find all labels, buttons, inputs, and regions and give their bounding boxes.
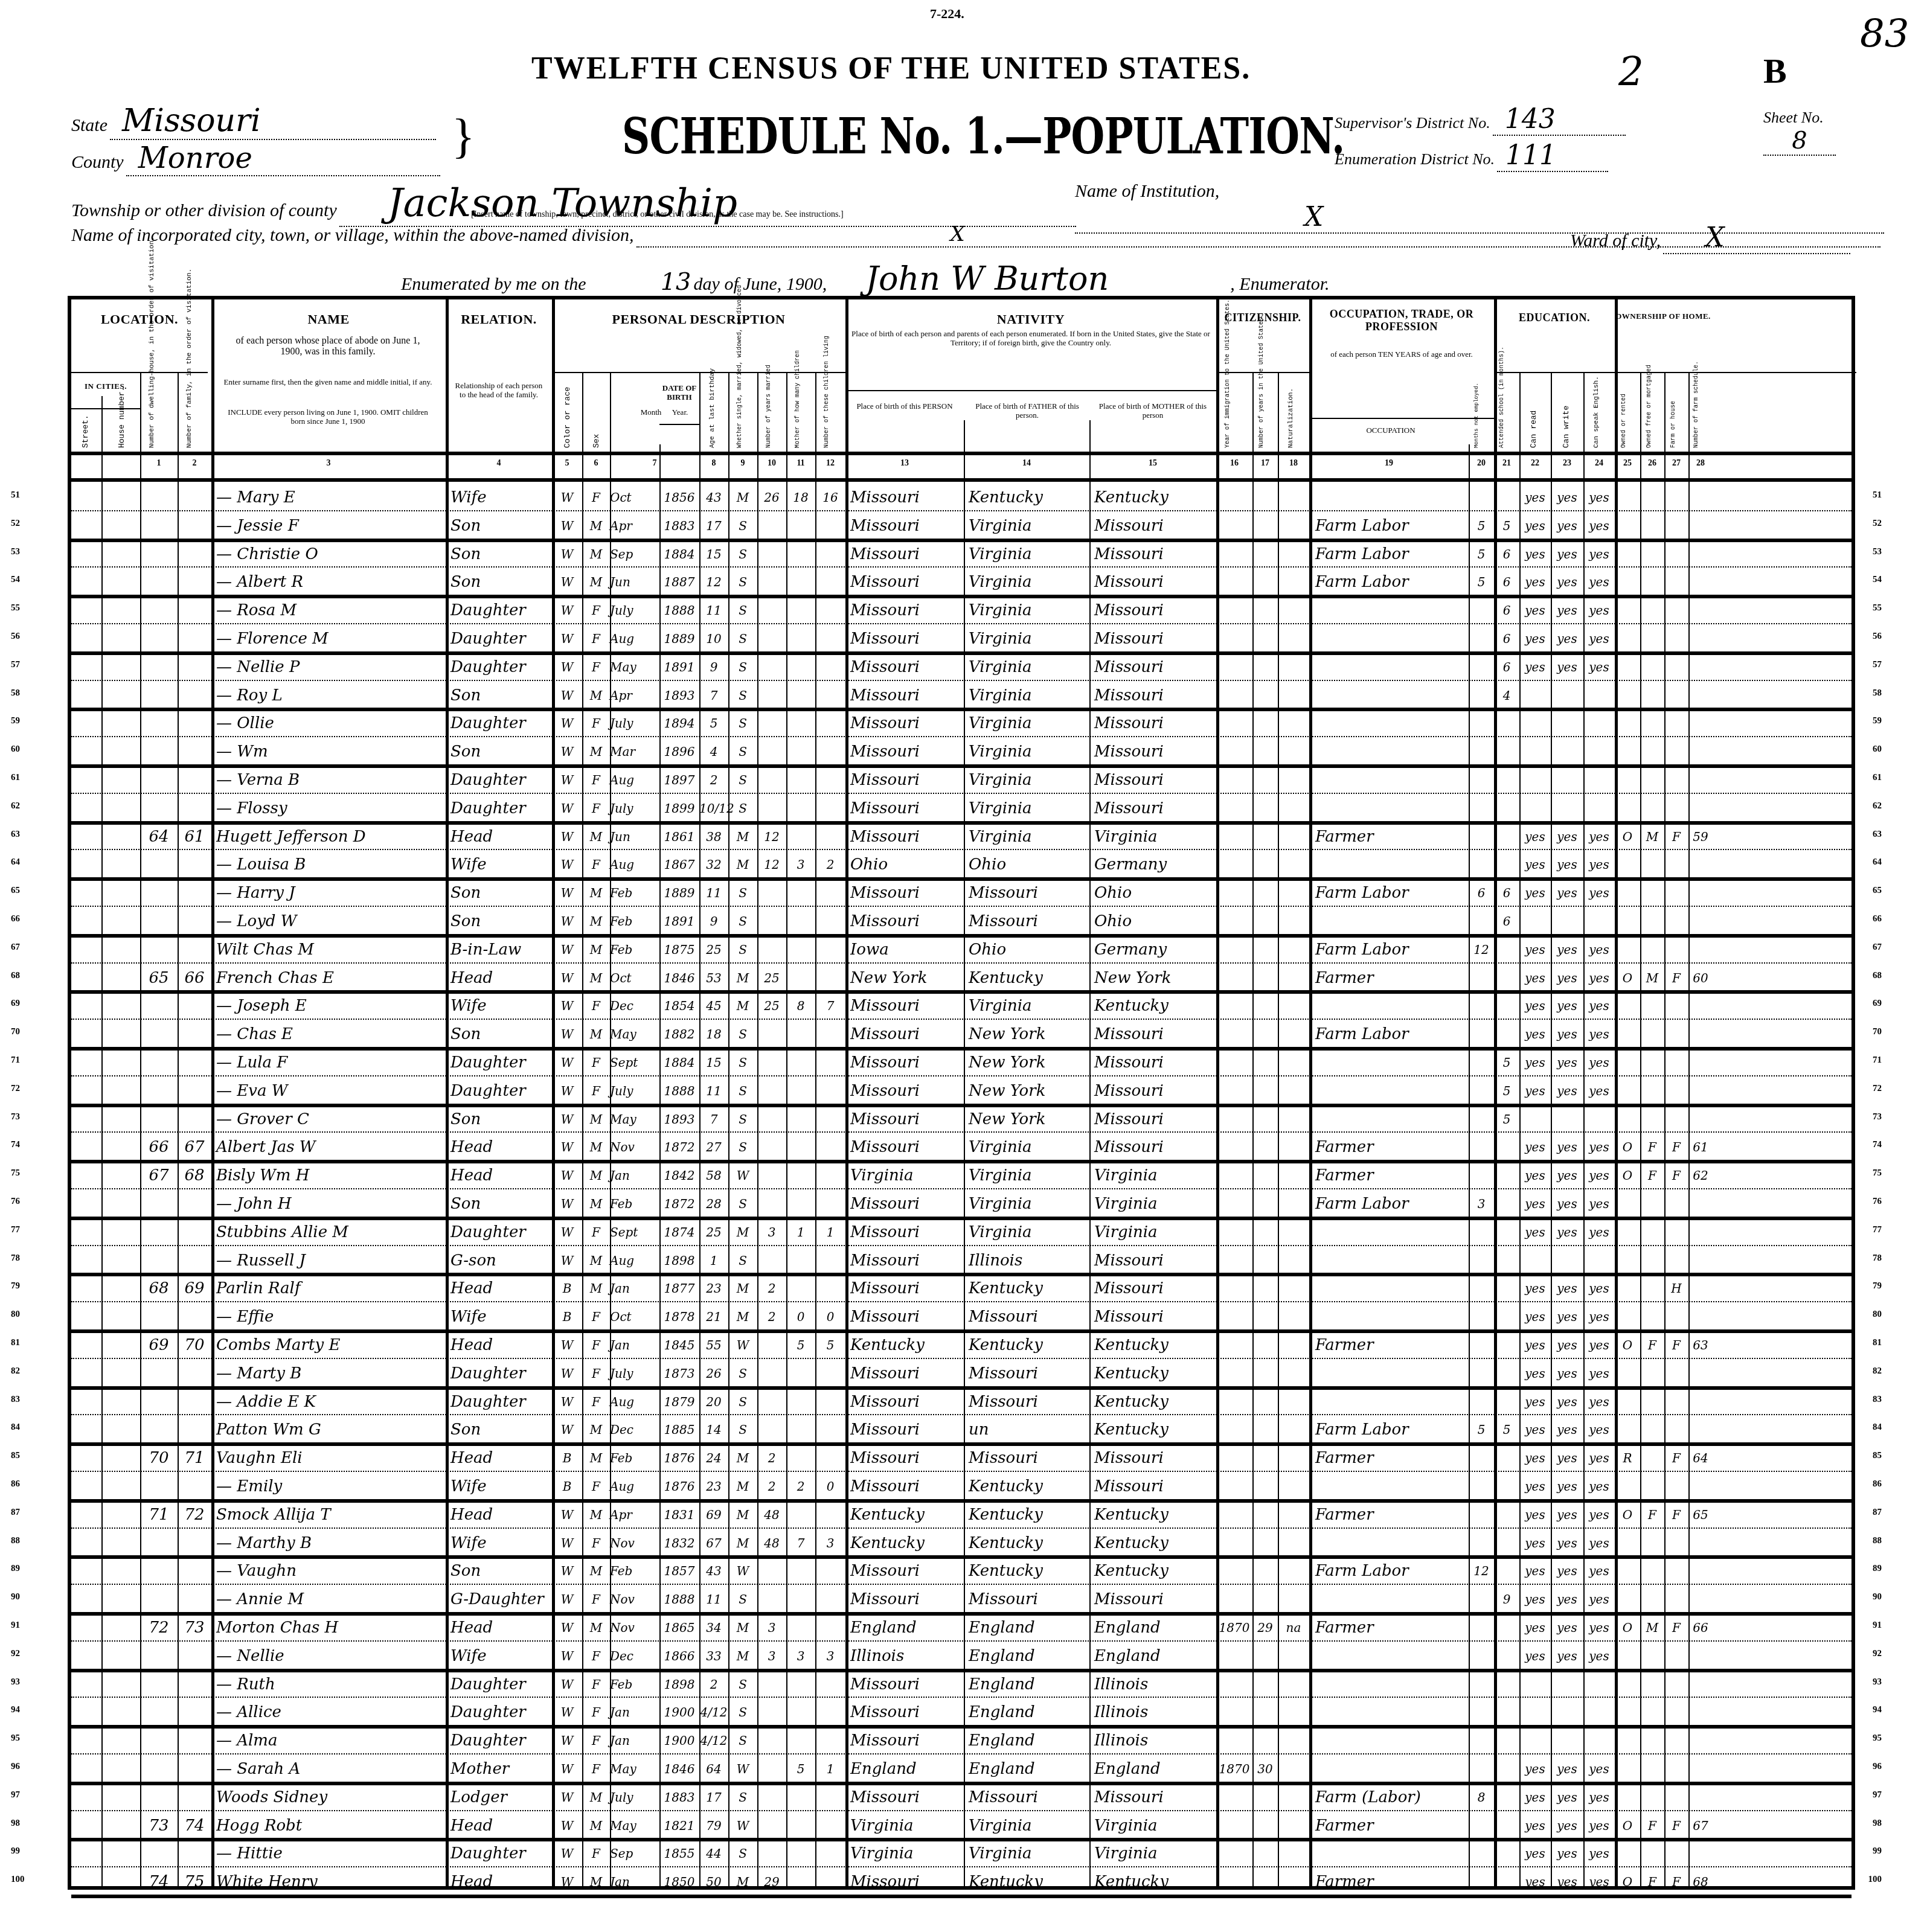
- cell-naturalization: [1278, 1360, 1309, 1387]
- cell-read: yes: [1519, 1445, 1551, 1471]
- cell-family: [178, 880, 211, 906]
- cell-years-married: [757, 1021, 786, 1048]
- brace-left: }: [452, 112, 475, 161]
- cell-english: yes: [1583, 1784, 1615, 1811]
- cell-english: [1583, 1699, 1615, 1726]
- cell-color: W: [552, 625, 582, 652]
- cell-family: 70: [178, 1332, 211, 1358]
- cell-write: yes: [1551, 1162, 1583, 1189]
- cell-read: yes: [1519, 1416, 1551, 1443]
- cell-read: yes: [1519, 625, 1551, 652]
- cell-name: — Nellie P: [216, 654, 446, 680]
- cell-year: 1893: [659, 682, 699, 709]
- cell-schedule: [1688, 1275, 1713, 1302]
- cell-relation: Daughter: [450, 795, 552, 822]
- cell-name: — Alma: [216, 1727, 446, 1754]
- cell-schedule: 67: [1688, 1812, 1713, 1839]
- cell-years-us: [1252, 1303, 1278, 1330]
- cell-living: [815, 597, 845, 624]
- cell-marital: W: [728, 1756, 757, 1782]
- cell-birth: Missouri: [850, 1106, 964, 1133]
- cell-month: Sep: [610, 541, 659, 568]
- cell-color: B: [552, 1445, 582, 1471]
- cell-living: [815, 1614, 845, 1641]
- cell-years-married: 2: [757, 1445, 786, 1471]
- line-number: 95: [11, 1733, 20, 1744]
- cell-mother-of: [786, 824, 815, 850]
- cell-family: [178, 908, 211, 935]
- cell-relation: Head: [450, 1869, 552, 1895]
- cell-relation: Wife: [450, 1530, 552, 1556]
- cell-schedule: [1688, 1078, 1713, 1104]
- cell-years-us: [1252, 767, 1278, 793]
- cell-owned: [1615, 1106, 1640, 1133]
- cell-mother-of: [786, 1558, 815, 1584]
- cell-years-married: [757, 908, 786, 935]
- cell-relation: B-in-Law: [450, 936, 552, 963]
- cell-farm: [1664, 1473, 1688, 1500]
- cell-farm: [1664, 1021, 1688, 1048]
- cell-marital: S: [728, 1360, 757, 1387]
- cell-years-married: [757, 1389, 786, 1415]
- cell-living: [815, 1049, 845, 1076]
- cell-dwelling: [140, 1021, 178, 1048]
- cell-school: [1494, 1445, 1519, 1471]
- cell-years-us: [1252, 738, 1278, 765]
- cell-school: [1494, 1671, 1519, 1698]
- line-number: 62: [11, 801, 20, 811]
- cell-years-married: 3: [757, 1614, 786, 1641]
- table-row: 9696— Sarah AMotherWFMay184664W51England…: [71, 1753, 1851, 1785]
- cell-years-married: [757, 1558, 786, 1584]
- cell-mother: Missouri: [1094, 513, 1216, 539]
- cell-years-married: [757, 1416, 786, 1443]
- line-number: 87: [11, 1508, 20, 1518]
- cell-naturalization: [1278, 908, 1309, 935]
- cell-years-married: 2: [757, 1275, 786, 1302]
- cell-write: yes: [1551, 1756, 1583, 1782]
- cell-farm: [1664, 880, 1688, 906]
- cell-family: [178, 1727, 211, 1754]
- cell-english: yes: [1583, 1049, 1615, 1076]
- state-field: State Missouri: [71, 103, 458, 140]
- sheet-number-field: Sheet No. 8: [1763, 109, 1836, 156]
- cell-years-married: [757, 1360, 786, 1387]
- cell-occupation: Farmer: [1315, 1162, 1469, 1189]
- cell-mother: Kentucky: [1094, 1389, 1216, 1415]
- cell-years-married: [757, 597, 786, 624]
- cell-occupation: Farm Labor: [1315, 541, 1469, 568]
- cell-naturalization: [1278, 1586, 1309, 1613]
- cell-school: [1494, 767, 1519, 793]
- cell-mother: Missouri: [1094, 541, 1216, 568]
- cell-english: [1583, 682, 1615, 709]
- colnum: 13: [845, 459, 964, 469]
- cell-age: 5: [699, 710, 728, 737]
- cell-mother: Germany: [1094, 851, 1216, 878]
- cell-english: yes: [1583, 1389, 1615, 1415]
- cell-mortgage: [1640, 908, 1664, 935]
- cell-owned: O: [1615, 1134, 1640, 1160]
- cell-marital: S: [728, 654, 757, 680]
- cell-marital: S: [728, 1247, 757, 1274]
- cell-owned: [1615, 1219, 1640, 1246]
- line-number: 55: [11, 603, 20, 613]
- cell-family: [178, 767, 211, 793]
- cell-mother-of: 5: [786, 1332, 815, 1358]
- cell-immigration: [1216, 1727, 1252, 1754]
- cell-relation: Daughter: [450, 654, 552, 680]
- cell-immigration: [1216, 824, 1252, 850]
- cell-english: yes: [1583, 880, 1615, 906]
- hdr-ownership: OWNERSHIP OF HOME.: [1615, 312, 1711, 321]
- cell-write: yes: [1551, 1840, 1583, 1867]
- cell-sex: F: [582, 1303, 610, 1330]
- cell-father: Virginia: [969, 993, 1089, 1019]
- cell-color: W: [552, 908, 582, 935]
- cell-marital: S: [728, 767, 757, 793]
- cell-relation: G-son: [450, 1247, 552, 1274]
- cell-month: July: [610, 1078, 659, 1104]
- cell-occupation: [1315, 851, 1469, 878]
- cell-age: 12: [699, 569, 728, 595]
- cell-farm: [1664, 1727, 1688, 1754]
- cell-color: W: [552, 484, 582, 511]
- colnum: 3: [211, 459, 446, 469]
- cell-occupation: [1315, 1756, 1469, 1782]
- cell-read: yes: [1519, 1360, 1551, 1387]
- cell-occupation: Farm Labor: [1315, 513, 1469, 539]
- cell-immigration: [1216, 1502, 1252, 1528]
- cell-schedule: [1688, 993, 1713, 1019]
- cell-unemployed: [1469, 1049, 1494, 1076]
- cell-mother-of: [786, 1078, 815, 1104]
- cell-mortgage: [1640, 625, 1664, 652]
- cell-mortgage: [1640, 513, 1664, 539]
- cell-owned: O: [1615, 1332, 1640, 1358]
- cell-mother-of: [786, 1275, 815, 1302]
- cell-occupation: [1315, 682, 1469, 709]
- cell-dwelling: [140, 1756, 178, 1782]
- table-row: 8888— Marthy BWifeWFNov183267M4873Kentuc…: [71, 1527, 1851, 1559]
- cell-year: 1872: [659, 1134, 699, 1160]
- line-number: 99: [11, 1846, 20, 1857]
- cell-sex: M: [582, 1558, 610, 1584]
- cell-living: 0: [815, 1303, 845, 1330]
- cell-family: [178, 1303, 211, 1330]
- cell-owned: [1615, 1784, 1640, 1811]
- cell-marital: S: [728, 1727, 757, 1754]
- cell-years-us: [1252, 824, 1278, 850]
- cell-english: yes: [1583, 1303, 1615, 1330]
- cell-schedule: [1688, 880, 1713, 906]
- cell-mortgage: [1640, 1473, 1664, 1500]
- cell-color: W: [552, 1247, 582, 1274]
- cell-dwelling: [140, 1360, 178, 1387]
- cell-mother-of: [786, 1840, 815, 1867]
- cell-write: [1551, 1727, 1583, 1754]
- cell-english: [1583, 1247, 1615, 1274]
- cell-relation: Lodger: [450, 1784, 552, 1811]
- cell-naturalization: [1278, 1812, 1309, 1839]
- cell-dwelling: [140, 1191, 178, 1217]
- cell-relation: Daughter: [450, 1699, 552, 1726]
- cell-family: 74: [178, 1812, 211, 1839]
- cell-mother: Kentucky: [1094, 1502, 1216, 1528]
- cell-immigration: [1216, 1784, 1252, 1811]
- hdr-color: Color or race: [563, 396, 572, 448]
- cell-owned: [1615, 1021, 1640, 1048]
- cell-mother-of: [786, 1247, 815, 1274]
- cell-owned: [1615, 1360, 1640, 1387]
- cell-naturalization: [1278, 1530, 1309, 1556]
- cell-immigration: [1216, 710, 1252, 737]
- cell-unemployed: [1469, 965, 1494, 991]
- cell-occupation: [1315, 1586, 1469, 1613]
- cell-birth: Missouri: [850, 1134, 964, 1160]
- cell-school: [1494, 1643, 1519, 1669]
- cell-living: [815, 513, 845, 539]
- cell-read: yes: [1519, 1558, 1551, 1584]
- cell-name: — Joseph E: [216, 993, 446, 1019]
- cell-school: 9: [1494, 1586, 1519, 1613]
- cell-birth: Missouri: [850, 795, 964, 822]
- cell-years-married: [757, 767, 786, 793]
- cell-years-us: [1252, 1389, 1278, 1415]
- cell-living: [815, 767, 845, 793]
- hdr-english: Can speak English.: [1593, 384, 1600, 448]
- cell-mother: Missouri: [1094, 1247, 1216, 1274]
- cell-mother: Missouri: [1094, 597, 1216, 624]
- line-number: 60: [11, 744, 20, 755]
- cell-occupation: [1315, 1727, 1469, 1754]
- cell-school: [1494, 1812, 1519, 1839]
- cell-years-married: [757, 738, 786, 765]
- cell-father: Kentucky: [969, 1558, 1089, 1584]
- cell-owned: [1615, 1303, 1640, 1330]
- cell-years-married: [757, 1078, 786, 1104]
- cell-marital: S: [728, 1078, 757, 1104]
- cell-color: W: [552, 738, 582, 765]
- cell-dwelling: 68: [140, 1275, 178, 1302]
- cell-age: 11: [699, 1586, 728, 1613]
- hdr-house: House number.: [117, 414, 126, 448]
- cell-schedule: [1688, 541, 1713, 568]
- cell-month: July: [610, 795, 659, 822]
- cell-schedule: [1688, 1530, 1713, 1556]
- cell-marital: M: [728, 1219, 757, 1246]
- cell-mortgage: [1640, 1558, 1664, 1584]
- cell-name: — Hittie: [216, 1840, 446, 1867]
- cell-read: yes: [1519, 824, 1551, 850]
- cell-occupation: [1315, 767, 1469, 793]
- cell-father: Missouri: [969, 1303, 1089, 1330]
- cell-sex: M: [582, 513, 610, 539]
- cell-school: 5: [1494, 513, 1519, 539]
- cell-read: yes: [1519, 936, 1551, 963]
- cell-farm: F: [1664, 1869, 1688, 1895]
- cell-marital: W: [728, 1162, 757, 1189]
- cell-write: [1551, 710, 1583, 737]
- cell-sex: F: [582, 1473, 610, 1500]
- hdr-occupation-sub: OCCUPATION: [1315, 426, 1466, 435]
- cell-name: — Lula F: [216, 1049, 446, 1076]
- cell-write: [1551, 795, 1583, 822]
- cell-dwelling: [140, 569, 178, 595]
- cell-english: [1583, 795, 1615, 822]
- cell-occupation: [1315, 1530, 1469, 1556]
- cell-age: 33: [699, 1643, 728, 1669]
- cell-owned: [1615, 1558, 1640, 1584]
- cell-family: [178, 738, 211, 765]
- cell-year: 1873: [659, 1360, 699, 1387]
- cell-father: New York: [969, 1049, 1089, 1076]
- cell-unemployed: [1469, 1727, 1494, 1754]
- cell-read: yes: [1519, 1784, 1551, 1811]
- cell-years-us: [1252, 1360, 1278, 1387]
- cell-father: Virginia: [969, 1840, 1089, 1867]
- cell-living: [815, 824, 845, 850]
- cell-occupation: Farmer: [1315, 1332, 1469, 1358]
- cell-birth: Missouri: [850, 1219, 964, 1246]
- cell-marital: S: [728, 908, 757, 935]
- colnum: 11: [786, 459, 815, 469]
- cell-owned: [1615, 1275, 1640, 1302]
- cell-name: Patton Wm G: [216, 1416, 446, 1443]
- ward-label: Ward of city,: [1570, 231, 1661, 251]
- cell-schedule: [1688, 1360, 1713, 1387]
- cell-relation: Wife: [450, 1303, 552, 1330]
- cell-sex: M: [582, 1134, 610, 1160]
- cell-relation: Head: [450, 824, 552, 850]
- cell-owned: O: [1615, 965, 1640, 991]
- cell-read: yes: [1519, 1756, 1551, 1782]
- cell-father: Virginia: [969, 1162, 1089, 1189]
- cell-naturalization: [1278, 738, 1309, 765]
- cell-mother: Illinois: [1094, 1727, 1216, 1754]
- cell-year: 1897: [659, 767, 699, 793]
- cell-schedule: 61: [1688, 1134, 1713, 1160]
- cell-family: [178, 936, 211, 963]
- cell-school: [1494, 1021, 1519, 1048]
- cell-schedule: [1688, 654, 1713, 680]
- cell-occupation: [1315, 1247, 1469, 1274]
- cell-naturalization: [1278, 1840, 1309, 1867]
- cell-living: [815, 1502, 845, 1528]
- cell-mother: Missouri: [1094, 1784, 1216, 1811]
- cell-schedule: 68: [1688, 1869, 1713, 1895]
- cell-schedule: 66: [1688, 1614, 1713, 1641]
- cell-owned: O: [1615, 1614, 1640, 1641]
- cell-marital: S: [728, 1049, 757, 1076]
- cell-dwelling: [140, 484, 178, 511]
- cell-color: W: [552, 597, 582, 624]
- township-note: [Insert name of township, town, precinct…: [471, 210, 844, 220]
- cell-sex: M: [582, 541, 610, 568]
- cell-father: England: [969, 1756, 1089, 1782]
- cell-occupation: [1315, 1671, 1469, 1698]
- line-number: 69: [11, 999, 20, 1009]
- cell-father: Kentucky: [969, 1473, 1089, 1500]
- cell-school: 6: [1494, 541, 1519, 568]
- cell-owned: [1615, 1756, 1640, 1782]
- cell-farm: [1664, 1586, 1688, 1613]
- cell-naturalization: [1278, 1332, 1309, 1358]
- hdr-owned: Owned or rented: [1621, 384, 1627, 448]
- cell-mortgage: [1640, 682, 1664, 709]
- cell-school: 5: [1494, 1078, 1519, 1104]
- cell-living: 2: [815, 851, 845, 878]
- cell-living: [815, 738, 845, 765]
- colnum: 4: [446, 459, 552, 469]
- cell-read: yes: [1519, 1812, 1551, 1839]
- cell-month: Feb: [610, 1558, 659, 1584]
- cell-schedule: 60: [1688, 965, 1713, 991]
- cell-relation: Daughter: [450, 1389, 552, 1415]
- cell-age: 27: [699, 1134, 728, 1160]
- cell-english: [1583, 767, 1615, 793]
- cell-immigration: [1216, 908, 1252, 935]
- cell-living: [815, 1162, 845, 1189]
- cell-age: 69: [699, 1502, 728, 1528]
- cell-father: Illinois: [969, 1247, 1089, 1274]
- cell-write: yes: [1551, 1869, 1583, 1895]
- cell-naturalization: [1278, 1247, 1309, 1274]
- cell-immigration: [1216, 738, 1252, 765]
- cell-relation: Head: [450, 965, 552, 991]
- cell-owned: [1615, 1840, 1640, 1867]
- cell-relation: Head: [450, 1275, 552, 1302]
- cell-unemployed: [1469, 1840, 1494, 1867]
- cell-birth: Virginia: [850, 1840, 964, 1867]
- cell-unemployed: [1469, 1078, 1494, 1104]
- cell-owned: [1615, 738, 1640, 765]
- cell-dwelling: [140, 513, 178, 539]
- cell-school: [1494, 795, 1519, 822]
- ward-value: X: [1663, 222, 1850, 254]
- cell-mother: Missouri: [1094, 1445, 1216, 1471]
- hdr-years-us: Number of years in the United States.: [1258, 378, 1265, 448]
- cell-marital: M: [728, 1303, 757, 1330]
- cell-dwelling: [140, 767, 178, 793]
- hdr-read: Can read: [1529, 408, 1538, 448]
- cell-birth: England: [850, 1614, 964, 1641]
- cell-farm: [1664, 1389, 1688, 1415]
- cell-naturalization: [1278, 541, 1309, 568]
- cell-sex: F: [582, 1078, 610, 1104]
- hdr-farm-schedule: Number of farm schedule.: [1693, 376, 1700, 448]
- cell-read: yes: [1519, 1869, 1551, 1895]
- cell-farm: [1664, 993, 1688, 1019]
- cell-immigration: [1216, 1840, 1252, 1867]
- cell-relation: Son: [450, 682, 552, 709]
- table-row: 79796869Parlin RalfHeadBMJan187723M2Miss…: [71, 1273, 1851, 1302]
- cell-name: — Verna B: [216, 767, 446, 793]
- cell-read: yes: [1519, 597, 1551, 624]
- cell-marital: S: [728, 513, 757, 539]
- table-row: 5454— Albert RSonWMJun188712SMissouriVir…: [71, 566, 1851, 598]
- line-number: 71: [11, 1055, 20, 1066]
- cell-immigration: [1216, 597, 1252, 624]
- line-number: 58: [11, 688, 20, 699]
- cell-birth: Missouri: [850, 1473, 964, 1500]
- cell-years-married: [757, 1106, 786, 1133]
- cell-age: 11: [699, 1078, 728, 1104]
- line-number: 59: [11, 716, 20, 726]
- cell-occupation: Farmer: [1315, 1445, 1469, 1471]
- table-row: 9292— NellieWifeWFDec186633M333IllinoisE…: [71, 1640, 1851, 1672]
- cell-name: Morton Chas H: [216, 1614, 446, 1641]
